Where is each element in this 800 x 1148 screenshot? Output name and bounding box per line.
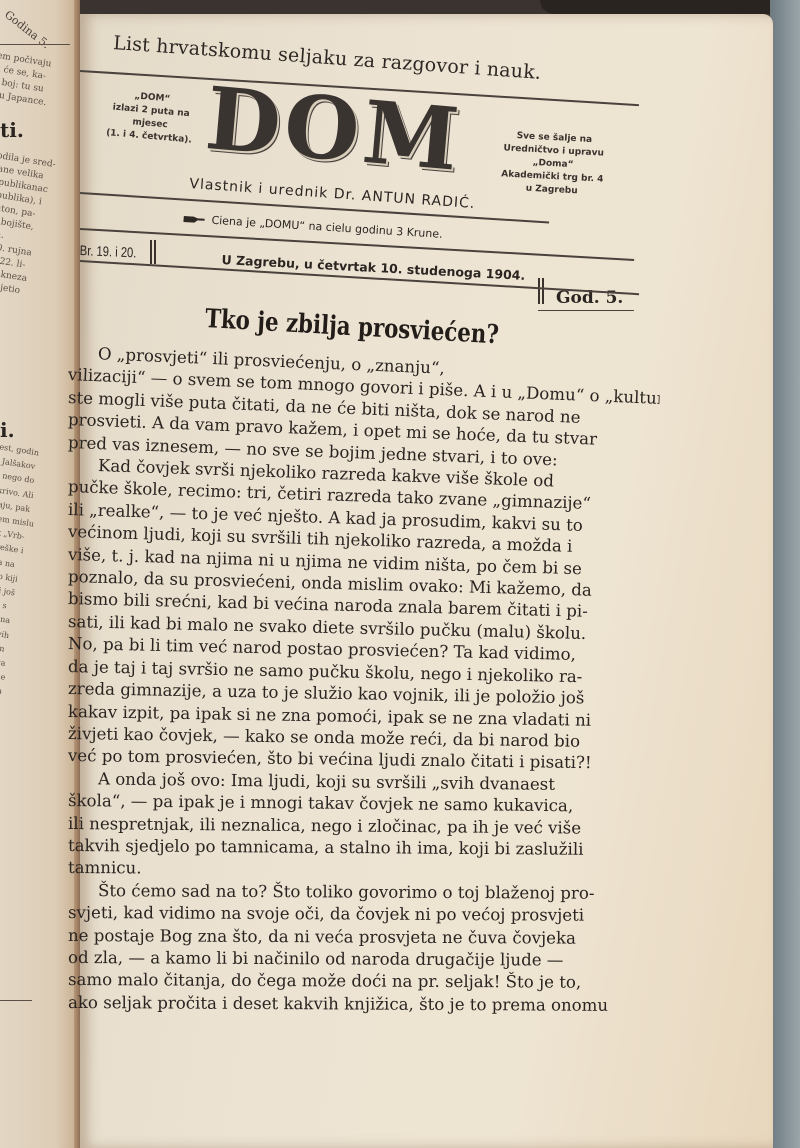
text-line: tamnicu. (68, 857, 660, 883)
publication-frequency-note: „DOM“ izlazi 2 puta na mjesec (1. i 4. č… (103, 88, 197, 148)
background-dark-object (540, 0, 800, 14)
text-line: samo malo čitanja, do čega može doći na … (68, 969, 660, 995)
newspaper-page: List hrvatskomu seljaku za razgovor i na… (80, 14, 773, 1148)
pointing-hand-icon (183, 214, 205, 223)
year-box-rule (538, 310, 634, 311)
background-surface (770, 0, 800, 1148)
dom-logo: DOM (203, 76, 466, 184)
separator-bar (538, 278, 544, 304)
text-line: Što ćemo sad na to? Što toliko govorimo … (68, 880, 660, 906)
left-heading-fragment-2: i. (0, 418, 15, 442)
article-body: O „prosvjeti“ ili prosviećenju, o „znanj… (68, 342, 660, 1014)
issue-number: Br. 19. i 20. (80, 242, 137, 260)
left-header-rule (0, 44, 70, 45)
text-line: ako seljak pročita i deset kakvih knjiži… (68, 992, 660, 1018)
left-end-rule (0, 1000, 32, 1001)
left-text-block-bottom: lest, godine Jalšakova, nego doo krivo. … (0, 440, 71, 929)
address-note: Sve se šalje na Uredničtvo i upravu „Dom… (486, 129, 619, 201)
left-text-block-top: em počivajuu će se, ka-n boj: tu suaju J… (0, 50, 71, 113)
left-text-block-middle: odila je sred-jane velikaepublikanacepub… (0, 150, 71, 303)
text-line: svjeti, kad vidimo na svoje oči, da čovj… (68, 902, 660, 928)
text-line: ne postaje Bog zna što, da ni veća prosv… (68, 925, 660, 951)
left-heading-fragment: ti. (0, 118, 24, 142)
separator-bar (150, 240, 156, 264)
